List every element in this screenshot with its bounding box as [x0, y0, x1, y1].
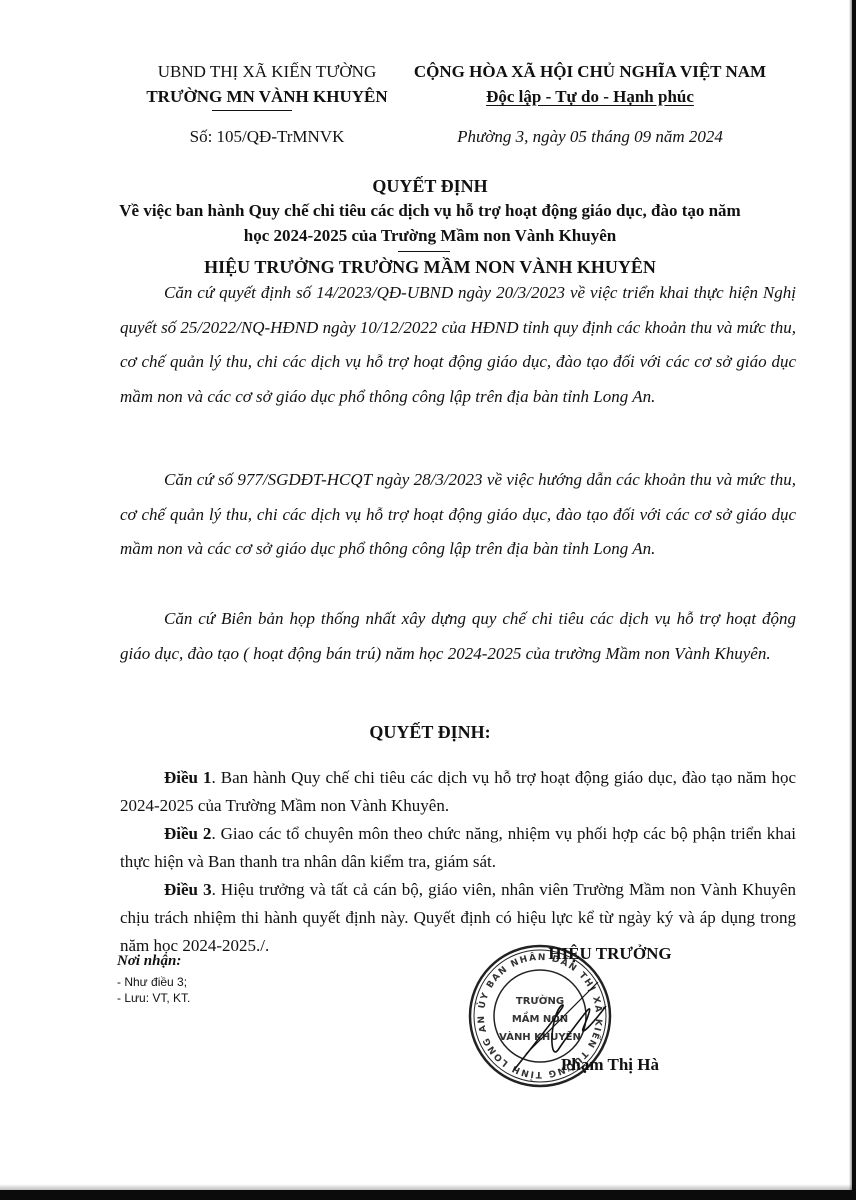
recipients-title: Nơi nhận: — [117, 953, 181, 970]
article-label: Điều 3 — [164, 880, 212, 899]
recipient-item: - Như điều 3; — [117, 975, 187, 989]
preamble-paragraph: Căn cứ Biên bản họp thống nhất xây dựng … — [120, 602, 796, 671]
preamble-text: Căn cứ Biên bản họp thống nhất xây dựng … — [120, 609, 796, 663]
issuing-school: TRƯỜNG MN VÀNH KHUYÊN — [122, 87, 412, 107]
preamble-text: Căn cứ quyết định số 14/2023/QĐ-UBND ngà… — [120, 283, 796, 406]
document-title: QUYẾT ĐỊNH — [110, 176, 750, 197]
article-text: . Ban hành Quy chế chi tiêu các dịch vụ … — [120, 768, 796, 815]
document-number: Số: 105/QĐ-TrMNVK — [122, 127, 412, 147]
preamble-text: Căn cứ số 977/SGDĐT-HCQT ngày 28/3/2023 … — [120, 470, 796, 558]
national-title: CỘNG HÒA XÃ HỘI CHỦ NGHĨA VIỆT NAM — [410, 62, 770, 82]
preamble-paragraph: Căn cứ số 977/SGDĐT-HCQT ngày 28/3/2023 … — [120, 463, 796, 567]
article-label: Điều 1 — [164, 768, 212, 787]
decision-heading: QUYẾT ĐỊNH: — [110, 722, 750, 743]
article-2: Điều 2. Giao các tổ chuyên môn theo chức… — [120, 820, 796, 876]
stamp-line: TRƯỜNG — [516, 994, 564, 1007]
scan-edge-bottom — [0, 1190, 856, 1200]
scan-edge-right — [852, 0, 856, 1200]
issuing-position: HIỆU TRƯỞNG TRƯỜNG MẦM NON VÀNH KHUYÊN — [110, 257, 750, 278]
article-text: . Giao các tổ chuyên môn theo chức năng,… — [120, 824, 796, 871]
school-underline — [212, 110, 292, 111]
article-label: Điều 2 — [164, 824, 211, 843]
stamp-line: MẦM NON — [512, 1011, 568, 1025]
article-1: Điều 1. Ban hành Quy chế chi tiêu các dị… — [120, 764, 796, 820]
place-and-date: Phường 3, ngày 05 tháng 09 năm 2024 — [410, 127, 770, 147]
recipient-item: - Lưu: VT, KT. — [117, 991, 190, 1005]
issuing-authority: UBND THỊ XÃ KIẾN TƯỜNG — [122, 62, 412, 82]
title-divider — [398, 251, 450, 252]
signer-title: HIỆU TRƯỞNG — [520, 944, 700, 964]
preamble-paragraph: Căn cứ quyết định số 14/2023/QĐ-UBND ngà… — [120, 276, 796, 414]
signer-name: Phạm Thị Hà — [520, 1055, 700, 1075]
national-motto: Độc lập - Tự do - Hạnh phúc — [410, 87, 770, 107]
document-subject: Về việc ban hành Quy chế chi tiêu các dị… — [110, 198, 750, 248]
